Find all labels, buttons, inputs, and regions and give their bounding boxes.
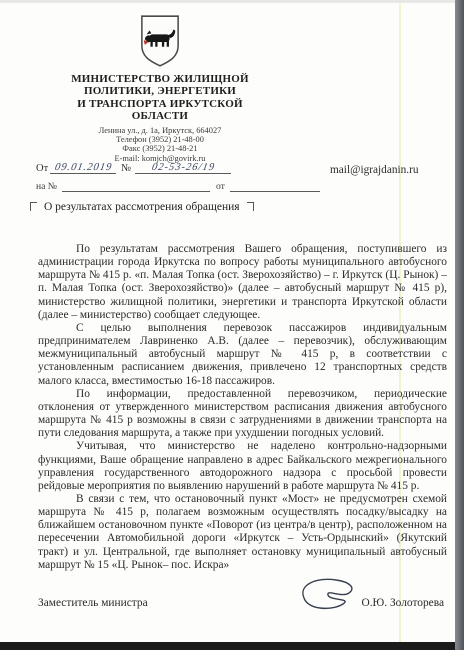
scan-top-edge	[0, 0, 464, 3]
body-paragraph: Учитывая, что министерство не наделено к…	[38, 440, 447, 493]
ministry-name-line: ПОЛИТИКИ, ЭНЕРГЕТИКИ	[40, 85, 280, 97]
coat-of-arms-icon	[139, 14, 181, 68]
letter-body: По результатам рассмотрения Вашего обращ…	[38, 243, 447, 572]
handwritten-date: 09.01.2019	[54, 162, 113, 173]
letterhead: МИНИСТЕРСТВО ЖИЛИЩНОЙ ПОЛИТИКИ, ЭНЕРГЕТИ…	[40, 10, 280, 163]
letterhead-contacts: Ленина ул., д. 1а, Иркутск, 664027 Телеф…	[40, 126, 280, 164]
signer-position: Заместитель министра	[38, 597, 148, 609]
reply-number-field	[62, 180, 210, 192]
recipient-email: mail@igrajdanin.ru	[330, 164, 448, 176]
reference-block: От 09.01.2019 № 02-53-26/19 на № от	[36, 159, 336, 192]
scan-bottom-edge	[0, 642, 464, 650]
letterhead-fax: Факс (3952) 21-48-21	[40, 144, 280, 153]
signature-scribble	[296, 574, 360, 616]
subject-text: О результатах рассмотрения обращения	[44, 201, 240, 213]
corner-mark-right	[247, 202, 254, 211]
scan-right-edge	[455, 0, 464, 650]
outgoing-ref-line: От 09.01.2019 № 02-53-26/19	[36, 159, 336, 174]
body-paragraph: По информации, предоставленной перевозчи…	[38, 388, 447, 441]
body-paragraph: По результатам рассмотрения Вашего обращ…	[38, 243, 447, 322]
number-label: №	[121, 163, 131, 174]
signer-name: О.Ю. Золоторева	[361, 597, 444, 609]
reply-date-field	[230, 180, 320, 192]
signature-block: Заместитель министра О.Ю. Золоторева	[38, 597, 444, 609]
handwritten-number: 02-53-26/19	[151, 162, 216, 173]
reply-to-label: на №	[36, 181, 57, 192]
reply-from-label: от	[216, 181, 225, 192]
corner-mark-left	[30, 202, 37, 211]
incoming-ref-line: на № от	[36, 177, 336, 192]
letterhead-address: Ленина ул., д. 1а, Иркутск, 664027	[40, 126, 280, 135]
ministry-name: МИНИСТЕРСТВО ЖИЛИЩНОЙ ПОЛИТИКИ, ЭНЕРГЕТИ…	[40, 73, 280, 123]
body-paragraph: В связи с тем, что остановочный пункт «М…	[38, 493, 447, 572]
ministry-name-line: МИНИСТЕРСТВО ЖИЛИЩНОЙ	[40, 73, 280, 85]
number-field: 02-53-26/19	[135, 162, 231, 174]
from-label: От	[36, 163, 48, 174]
subject-line: О результатах рассмотрения обращения	[30, 201, 254, 213]
scanned-letter-page: МИНИСТЕРСТВО ЖИЛИЩНОЙ ПОЛИТИКИ, ЭНЕРГЕТИ…	[0, 0, 464, 650]
letterhead-phone: Телефон (3952) 21-48-00	[40, 135, 280, 144]
date-field: 09.01.2019	[50, 162, 116, 174]
body-paragraph: С целью выполнения перевозок пассажиров …	[38, 322, 447, 388]
ministry-name-line: И ТРАНСПОРТА ИРКУТСКОЙ	[40, 98, 280, 110]
ministry-name-line: ОБЛАСТИ	[40, 110, 280, 122]
